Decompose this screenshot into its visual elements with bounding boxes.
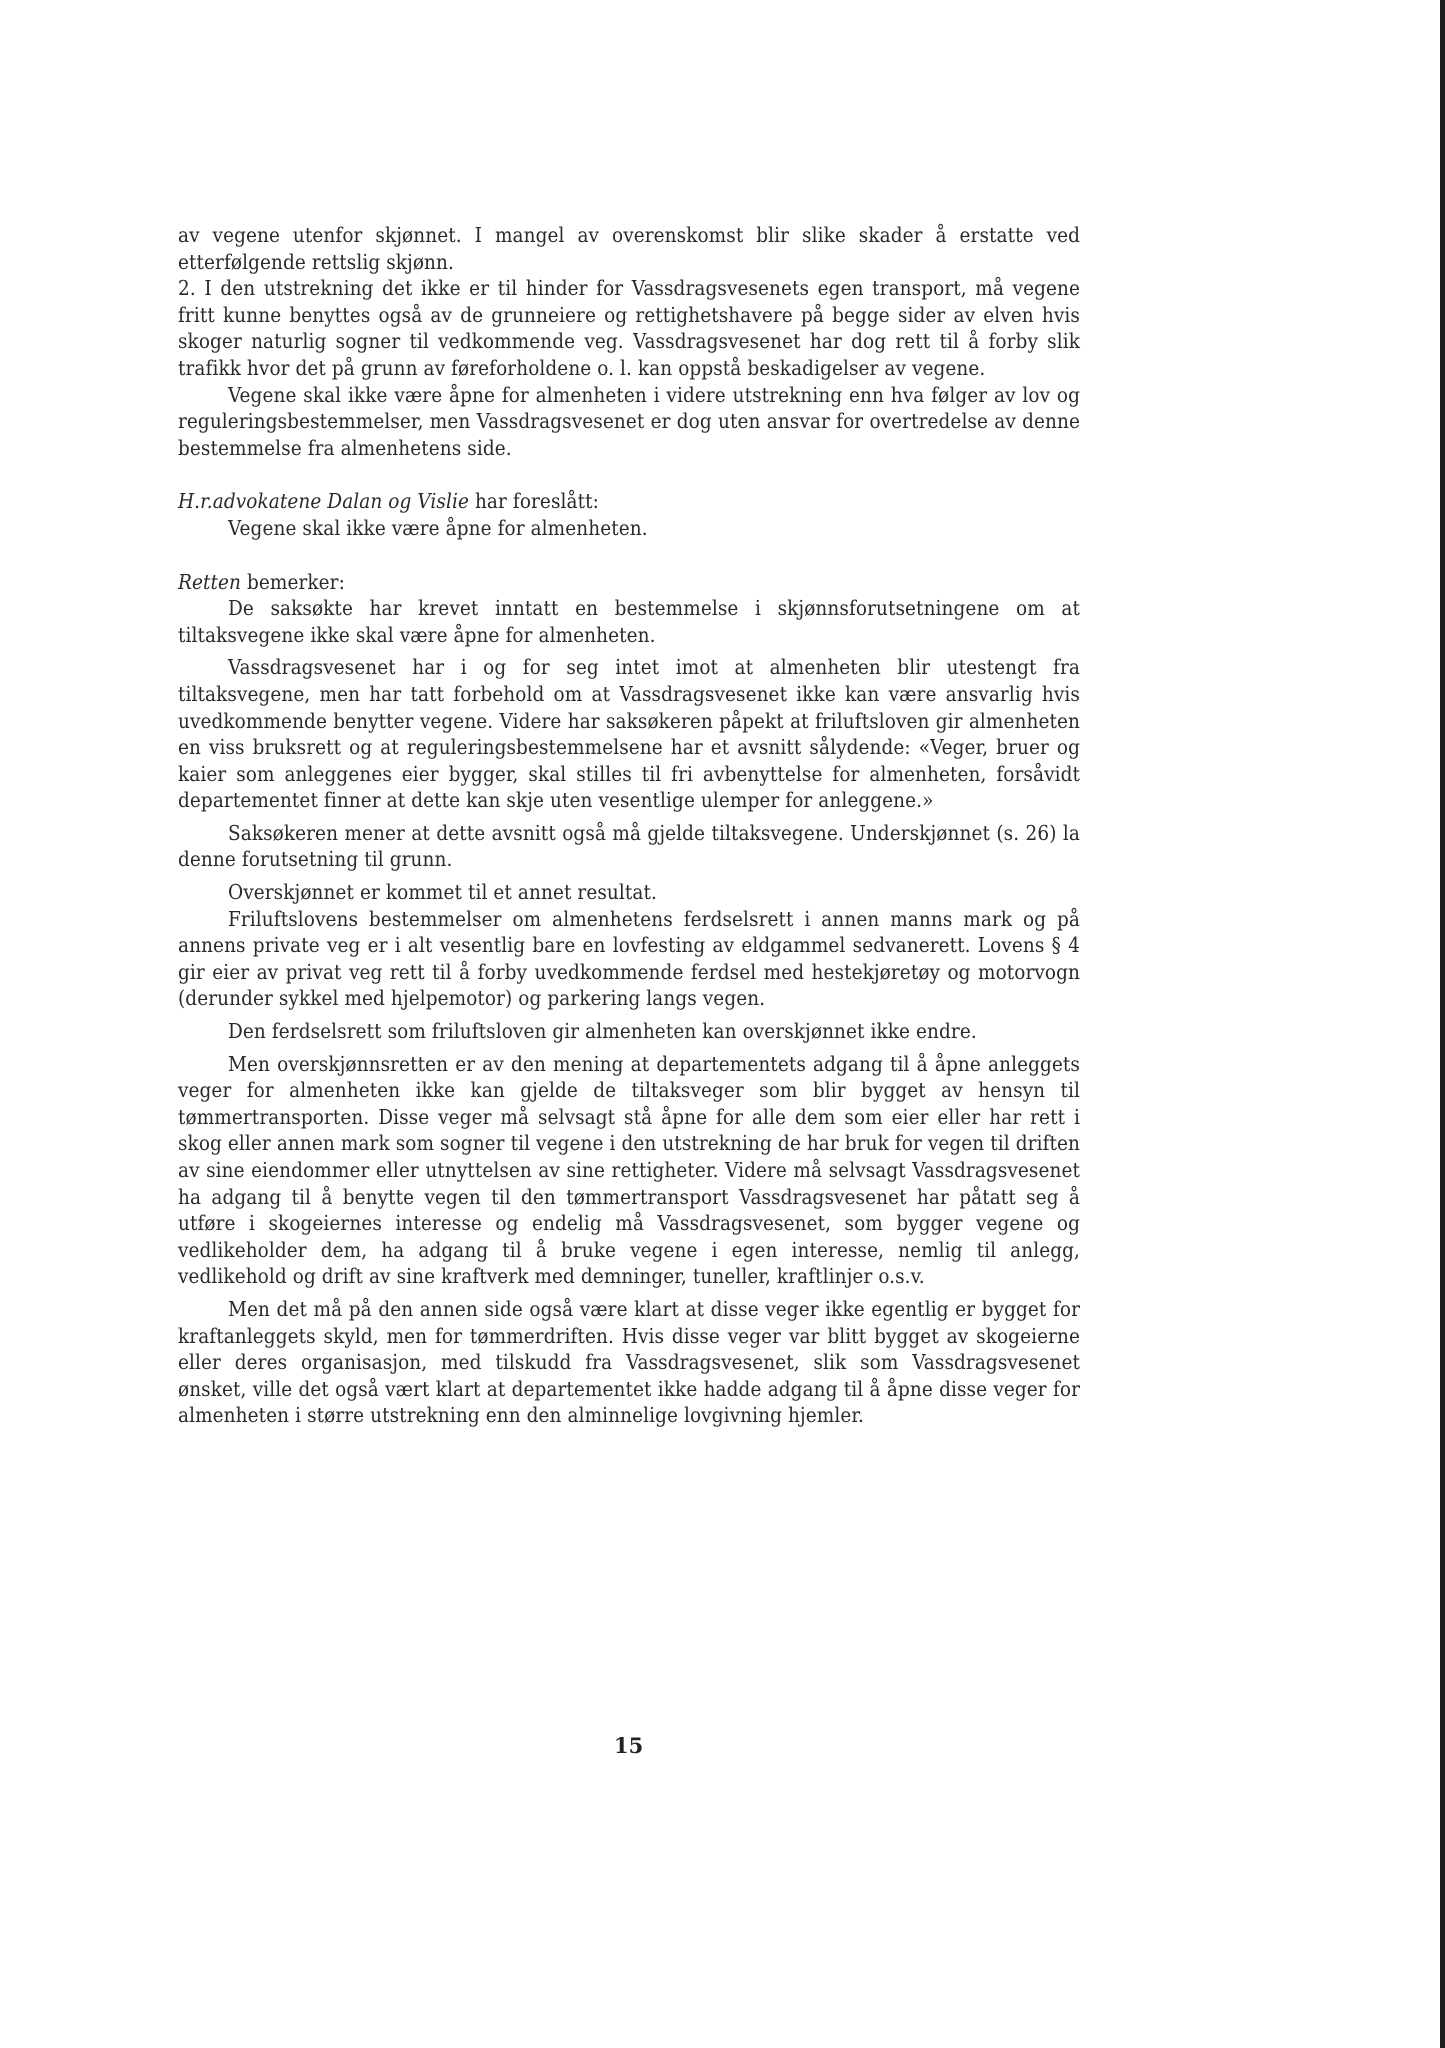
court-label: Retten bbox=[178, 570, 241, 594]
paragraph: Vassdragsvesenet har i og for seg intet … bbox=[178, 654, 1080, 814]
proposal-heading: H.r.advokatene Dalan og Vislie har fores… bbox=[178, 488, 1080, 515]
paragraph: Saksøkeren mener at dette avsnitt også m… bbox=[178, 820, 1080, 873]
court-remarks-heading: Retten bemerker: bbox=[178, 569, 1080, 596]
paragraph-numbered-2: 2. I den utstrekning det ikke er til hin… bbox=[178, 275, 1080, 381]
document-body: av vegene utenfor skjønnet. I mangel av … bbox=[178, 222, 1080, 1429]
advocates-name: H.r.advokatene Dalan og Vislie bbox=[178, 489, 469, 513]
paragraph: Vegene skal ikke være åpne for almenhete… bbox=[178, 382, 1080, 462]
scan-edge-border bbox=[1440, 0, 1445, 2048]
paragraph: Men overskjønnsretten er av den mening a… bbox=[178, 1051, 1080, 1290]
paragraph: Den ferdselsrett som friluftsloven gir a… bbox=[178, 1018, 1080, 1045]
proposal-text: Vegene skal ikke være åpne for almenhete… bbox=[178, 515, 1080, 542]
paragraph: av vegene utenfor skjønnet. I mangel av … bbox=[178, 222, 1080, 275]
paragraph: Friluftslovens bestemmelser om almenhete… bbox=[178, 906, 1080, 1012]
paragraph: De saksøkte har krevet inntatt en bestem… bbox=[178, 595, 1080, 648]
paragraph: Overskjønnet er kommet til et annet resu… bbox=[178, 879, 1080, 906]
paragraph: Men det må på den annen side også være k… bbox=[178, 1296, 1080, 1429]
page-number: 15 bbox=[614, 1733, 643, 1758]
